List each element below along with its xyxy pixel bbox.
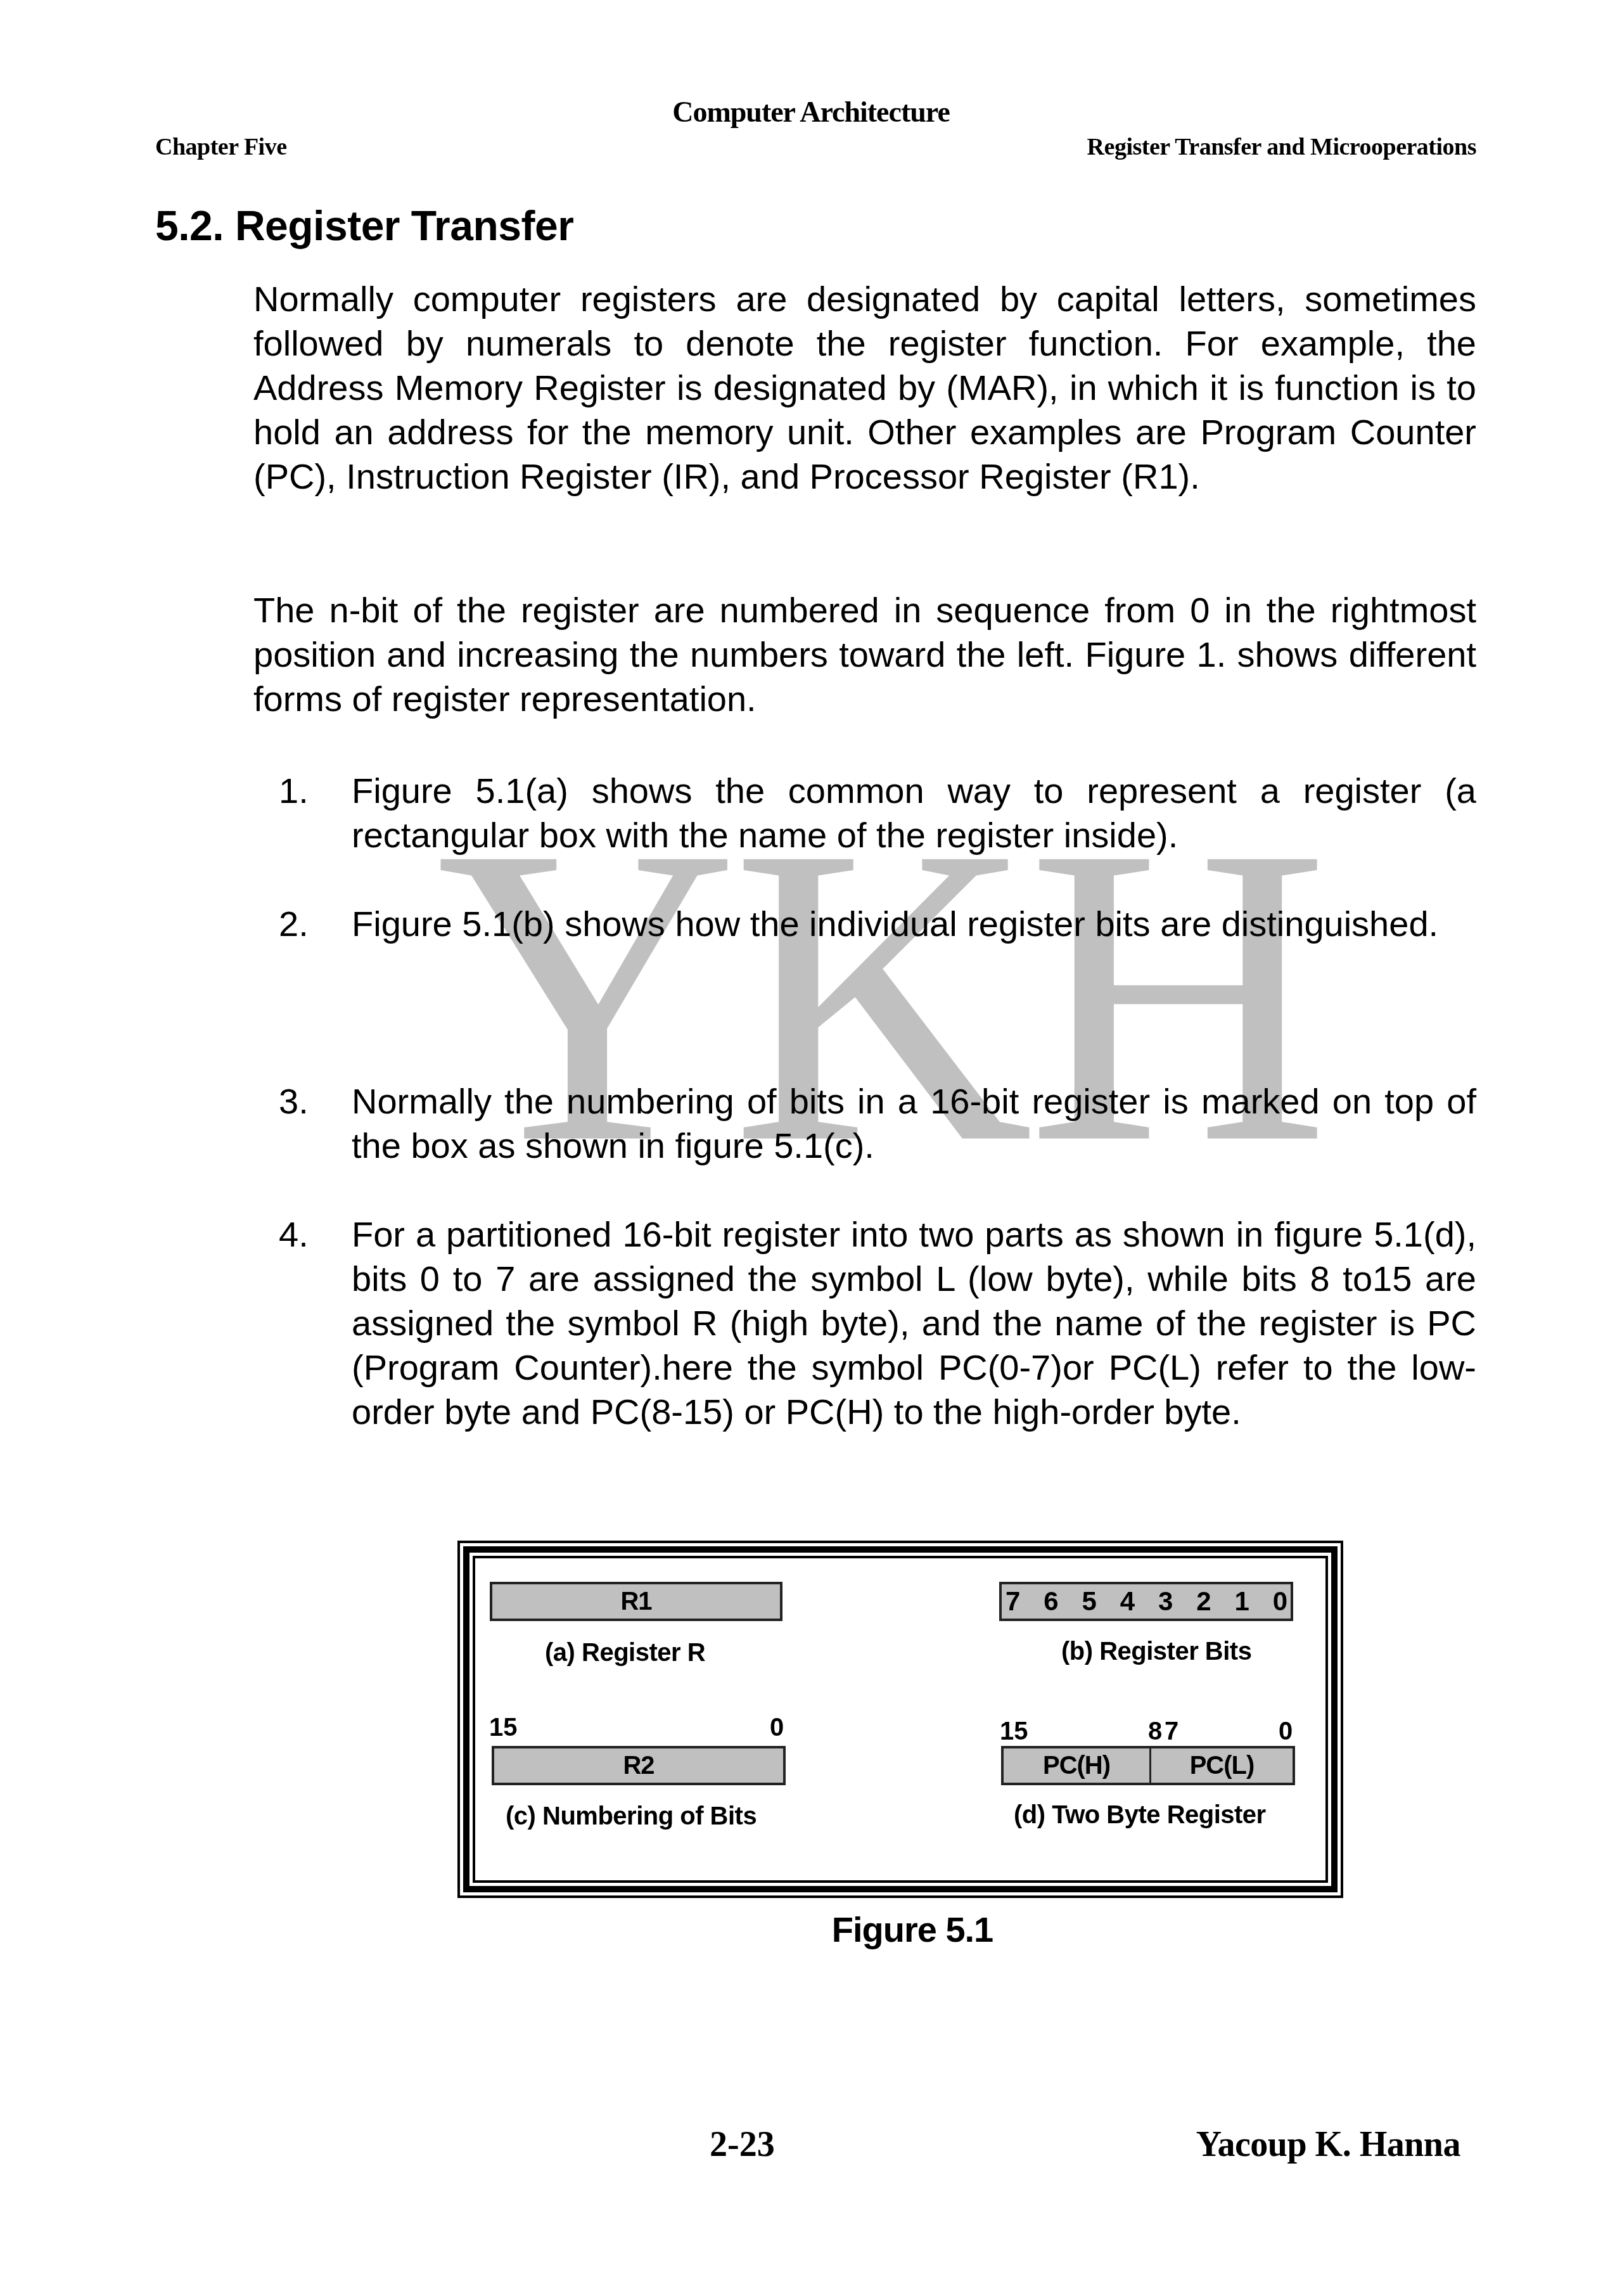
bit-cell: 4 xyxy=(1120,1586,1134,1617)
list-item-text: Figure 5.1(a) shows the common way to re… xyxy=(352,769,1476,857)
bit-index-15: 15 xyxy=(489,1714,518,1742)
list-item-number: 1. xyxy=(279,769,309,813)
running-header-topic: Register Transfer and Microoperations xyxy=(1087,133,1476,161)
bit-cell: 3 xyxy=(1158,1586,1172,1617)
figure-panel: R1 (a) Register R 76543210 (b) Register … xyxy=(473,1556,1328,1883)
register-r1-label: R1 xyxy=(620,1587,651,1616)
register-r2-box: R2 xyxy=(492,1746,786,1785)
caption-b: (b) Register Bits xyxy=(1061,1638,1251,1666)
figure-border: R1 (a) Register R 76543210 (b) Register … xyxy=(463,1546,1338,1892)
register-r2-label: R2 xyxy=(623,1752,654,1780)
section-title: 5.2. Register Transfer xyxy=(155,202,573,250)
bit-cell: 6 xyxy=(1044,1586,1057,1617)
bit-index-8: 8 xyxy=(1148,1717,1162,1746)
bit-cell: 2 xyxy=(1196,1586,1210,1617)
figure-5-1: R1 (a) Register R 76543210 (b) Register … xyxy=(457,1541,1343,1898)
author-name: Yacoup K. Hanna xyxy=(1196,2124,1460,2165)
bit-index-7: 7 xyxy=(1165,1717,1178,1746)
register-bits-box: 76543210 xyxy=(999,1582,1293,1621)
list-item-text: Figure 5.1(b) shows how the individual r… xyxy=(352,902,1476,946)
paragraph-bit-numbering: The n-bit of the register are numbered i… xyxy=(253,588,1476,721)
paragraph-register-naming: Normally computer registers are designat… xyxy=(253,277,1476,499)
register-pc-box: PC(H) PC(L) xyxy=(1001,1746,1295,1785)
caption-d: (d) Two Byte Register xyxy=(1014,1801,1266,1830)
register-pc-high-label: PC(H) xyxy=(1004,1752,1149,1780)
bit-cell: 7 xyxy=(1006,1586,1019,1617)
figure-caption: Figure 5.1 xyxy=(0,1909,1622,1950)
caption-a: (a) Register R xyxy=(545,1639,705,1667)
list-item-text: For a partitioned 16-bit register into t… xyxy=(352,1212,1476,1434)
caption-c: (c) Numbering of Bits xyxy=(506,1802,757,1831)
running-header-chapter: Chapter Five xyxy=(155,133,287,161)
list-item-number: 4. xyxy=(279,1212,309,1257)
bit-cell: 5 xyxy=(1082,1586,1095,1617)
list-item-text: Normally the numbering of bits in a 16-b… xyxy=(352,1079,1476,1168)
list-item-number: 2. xyxy=(279,902,309,946)
bit-cell: 0 xyxy=(1273,1586,1287,1617)
running-header-title: Computer Architecture xyxy=(0,95,1622,129)
page-number: 2-23 xyxy=(710,2124,775,2165)
bit-cell: 1 xyxy=(1234,1586,1248,1617)
register-pc-low-label: PC(L) xyxy=(1151,1752,1293,1780)
bit-index-0: 0 xyxy=(770,1714,784,1742)
register-r1-box: R1 xyxy=(490,1582,782,1621)
bit-index-0: 0 xyxy=(1279,1717,1293,1746)
list-item-number: 3. xyxy=(279,1079,309,1124)
figure-caption-text: Figure 5.1 xyxy=(832,1909,993,1950)
bit-index-15: 15 xyxy=(1000,1717,1028,1746)
